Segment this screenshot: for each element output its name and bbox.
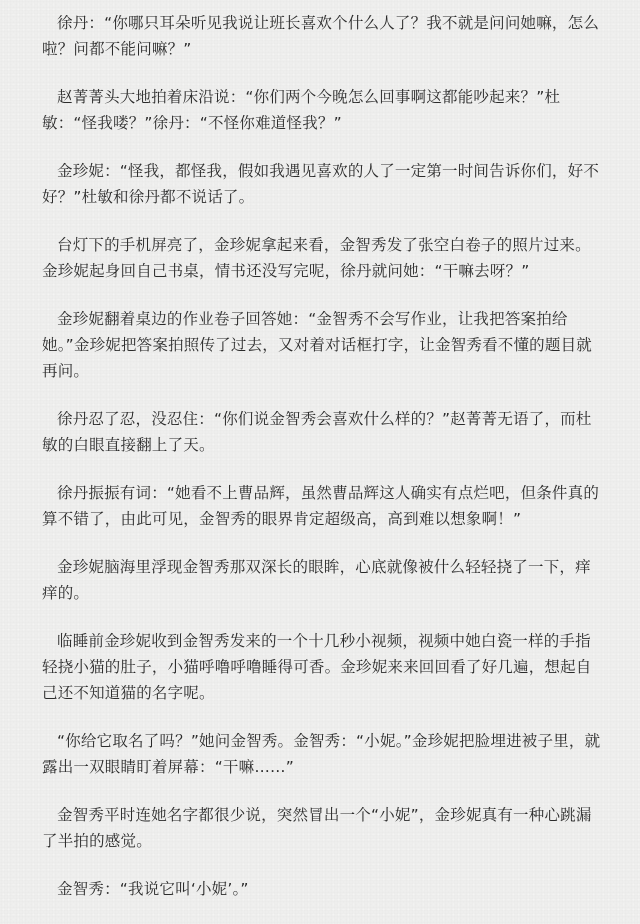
paragraph: 临睡前金珍妮收到金智秀发来的一个十几秒小视频，视频中她白瓷一样的手指轻挠小猫的肚… [42, 628, 602, 706]
paragraph: 台灯下的手机屏亮了，金珍妮拿起来看，金智秀发了张空白卷子的照片过来。金珍妮起身回… [42, 232, 602, 284]
paragraph: 徐丹振振有词：“她看不上曹品辉，虽然曹品辉这人确实有点烂吧，但条件真的算不错了，… [42, 480, 602, 532]
paragraph: 徐丹：“你哪只耳朵听见我说让班长喜欢个什么人了？我不就是问问她嘛，怎么啦？问都不… [42, 10, 602, 62]
paragraph: 金珍妮：“怪我，都怪我，假如我遇见喜欢的人了一定第一时间告诉你们，好不好？”杜敏… [42, 158, 602, 210]
paragraph: 金珍妮脑海里浮现金智秀那双深长的眼眸，心底就像被什么轻轻挠了一下，痒痒的。 [42, 554, 602, 606]
article-body: 徐丹：“你哪只耳朵听见我说让班长喜欢个什么人了？我不就是问问她嘛，怎么啦？问都不… [42, 10, 602, 754]
paragraph: “你给它取名了吗？”她问金智秀。金智秀：“小妮。”金珍妮把脸埋进被子里，就露出一… [42, 728, 602, 754]
paragraph: 金珍妮翻着桌边的作业卷子回答她：“金智秀不会写作业，让我把答案拍给她。”金珍妮把… [42, 306, 602, 384]
paragraph: 赵菁菁头大地拍着床沿说：“你们两个今晚怎么回事啊这都能吵起来？”杜敏：“怪我喽？… [42, 84, 602, 136]
paragraph: 徐丹忍了忍，没忍住：“你们说金智秀会喜欢什么样的？”赵菁菁无语了，而杜敏的白眼直… [42, 406, 602, 458]
